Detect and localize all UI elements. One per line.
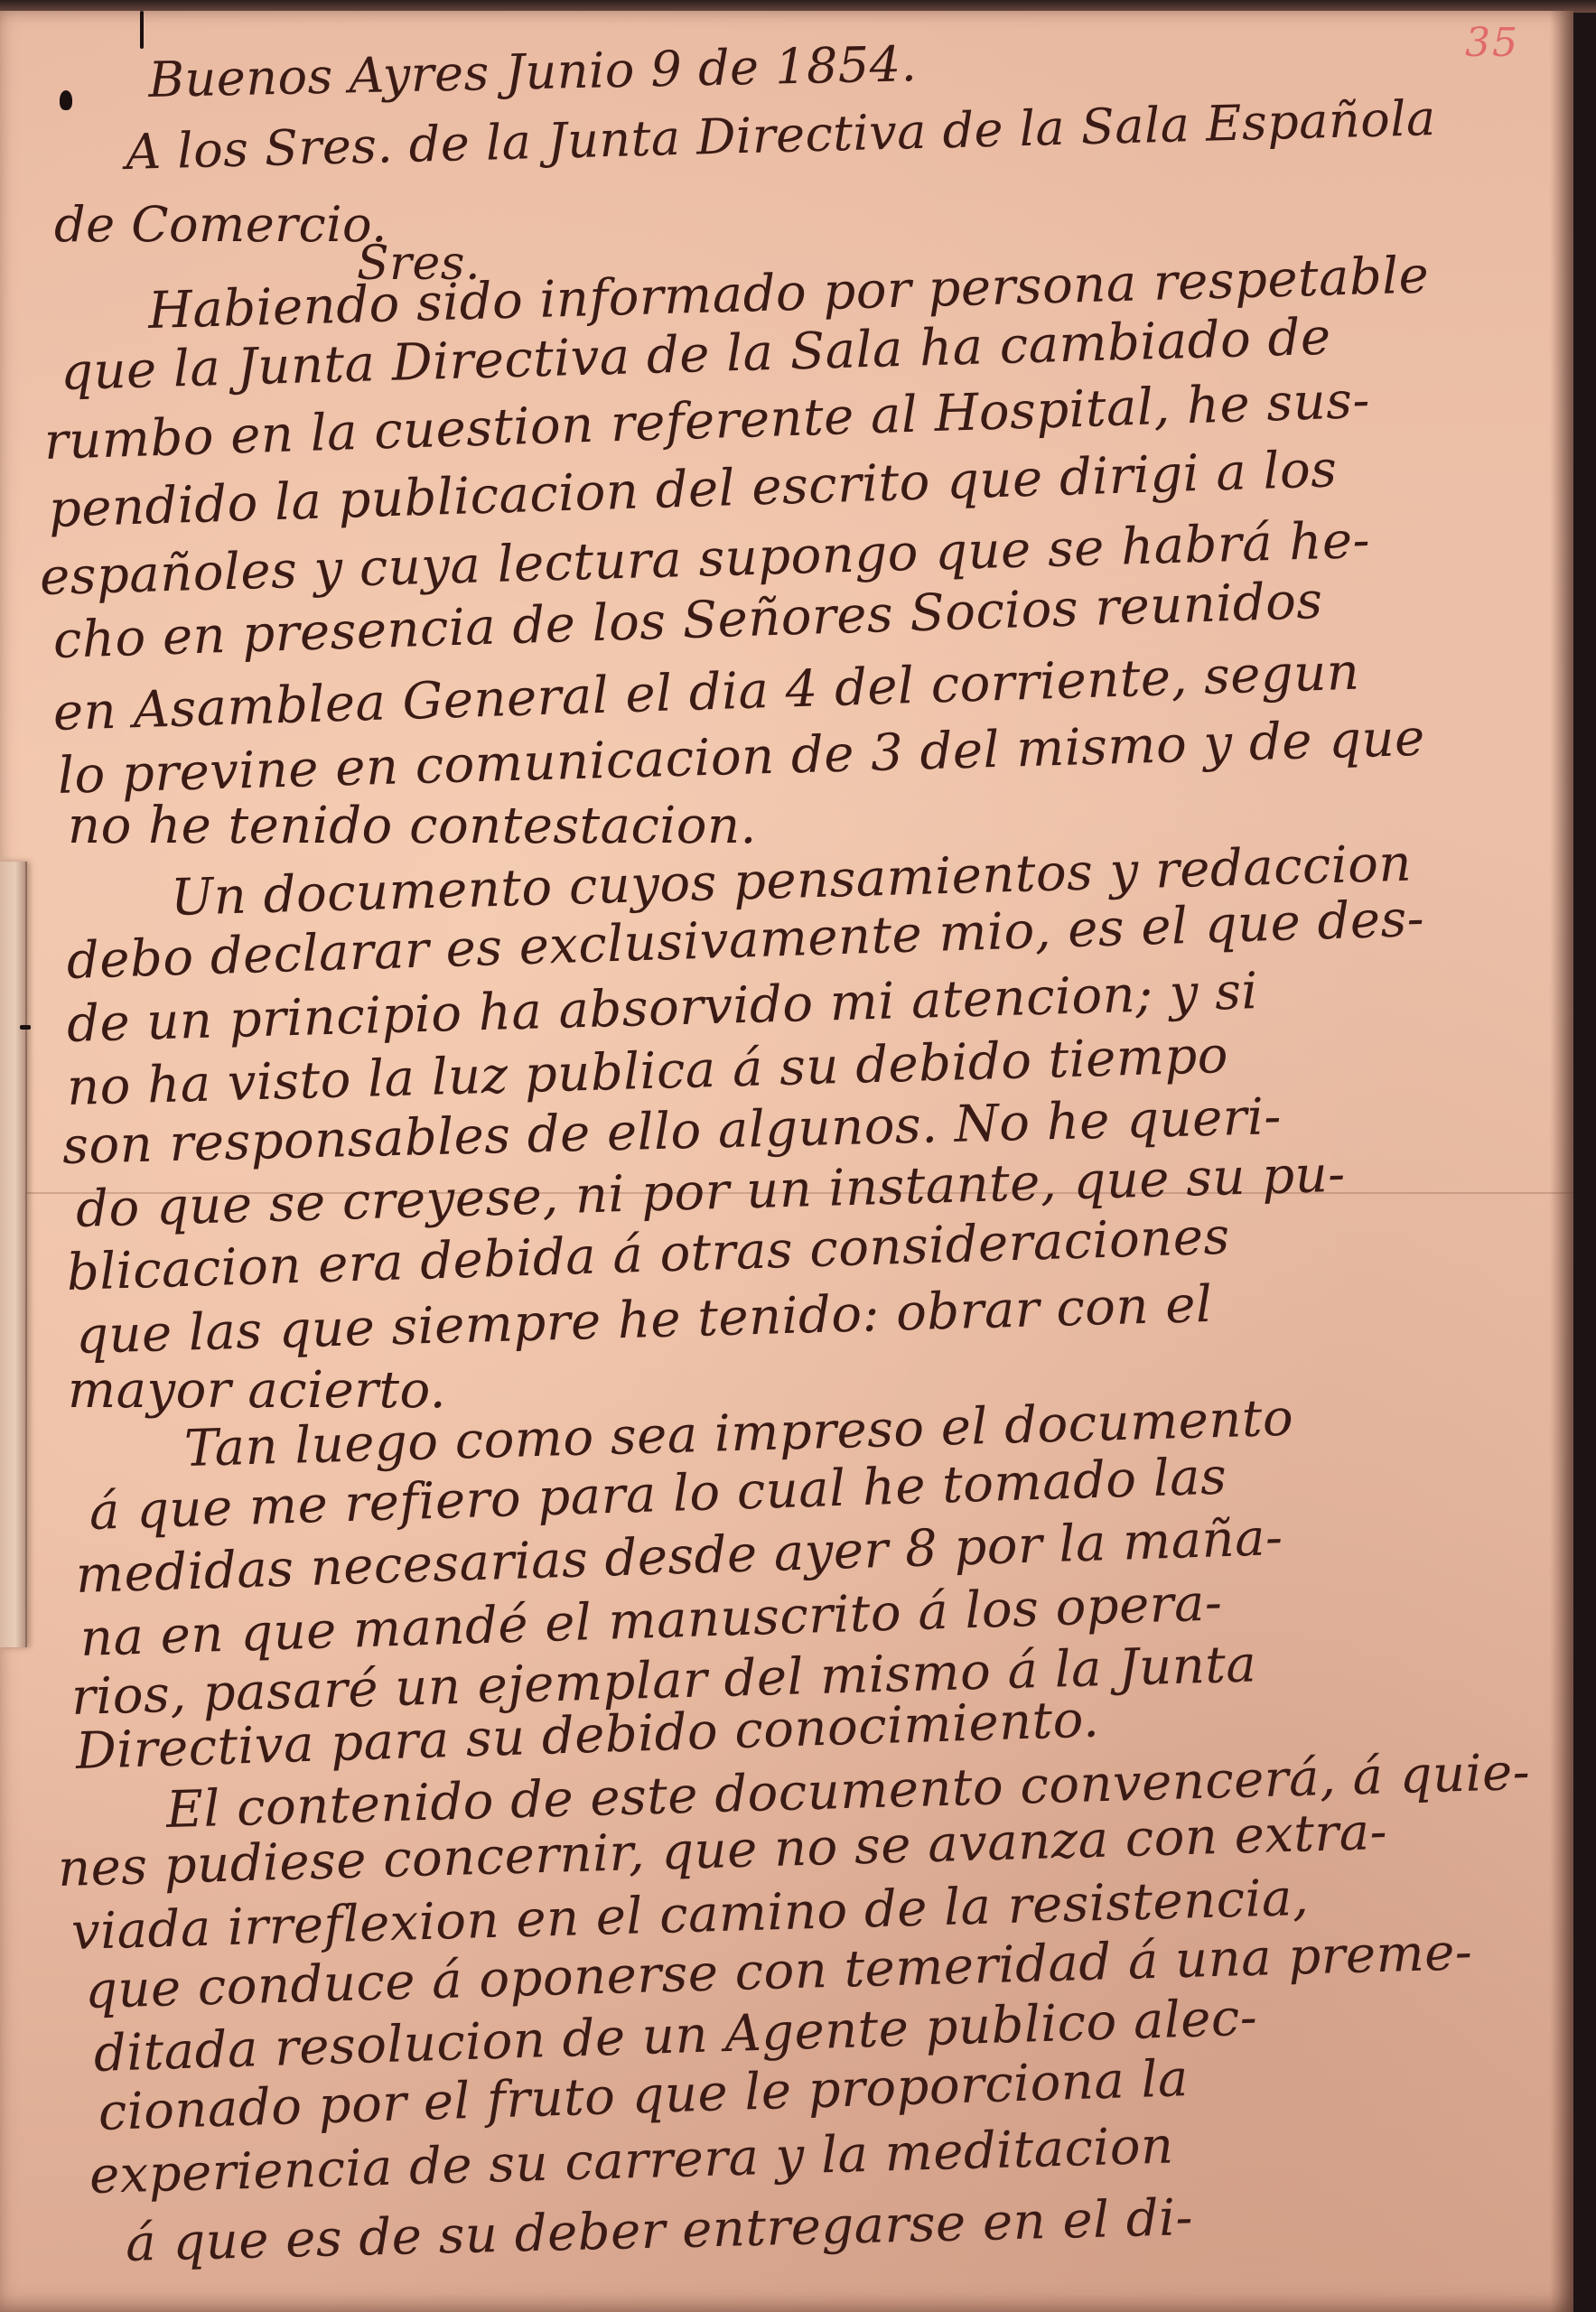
letter-line: á que es de su deber entregarse en el di…: [125, 2188, 1193, 2273]
document-scan: 35 Buenos Ayres Junio 9 de 1854. A los S…: [0, 0, 1596, 2312]
letter-line: no he tenido contestacion.: [68, 797, 757, 855]
addressee-line: de Comercio.: [54, 196, 387, 253]
letter-line: mayor acierto.: [68, 1361, 446, 1420]
place-date: Buenos Ayres Junio 9 de 1854.: [148, 35, 918, 108]
letter-body: Buenos Ayres Junio 9 de 1854. A los Sres…: [0, 11, 1573, 2312]
paper-page: 35 Buenos Ayres Junio 9 de 1854. A los S…: [0, 11, 1573, 2312]
